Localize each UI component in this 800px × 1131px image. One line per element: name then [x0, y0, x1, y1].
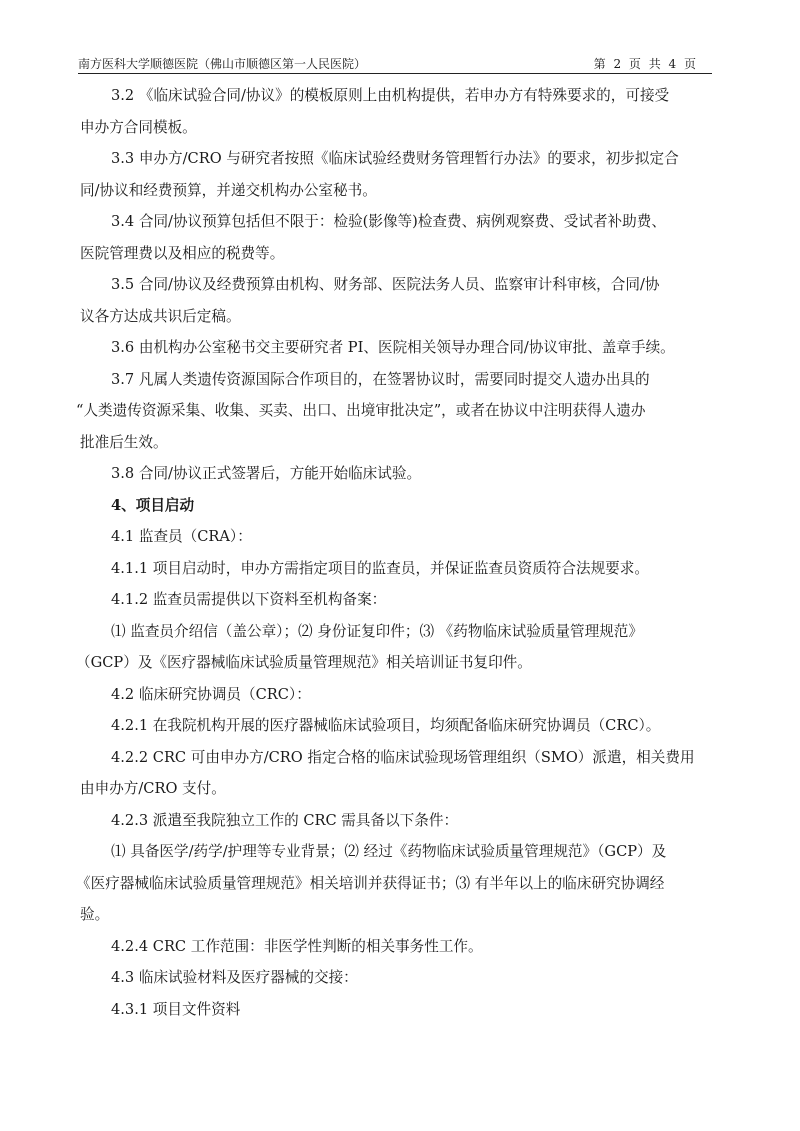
- paragraph-4-2-2: 4.2.2 CRC 可由申办方/CRO 指定合格的临床试验现场管理组织（SMO）…: [80, 742, 720, 805]
- paragraph-4-1-2-list: ⑴ 监查员介绍信（盖公章）；⑵ 身份证复印件；⑶ 《药物临床试验质量管理规范》 …: [80, 616, 720, 679]
- text-line: 3.2 《临床试验合同/协议》的模板原则上由机构提供，若申办方有特殊要求的，可接…: [80, 80, 720, 112]
- text-line: 3.5 合同/协议及经费预算由机构、财务部、医院法务人员、监察审计科审核，合同/…: [80, 269, 720, 301]
- text-line: 4.1.1 项目启动时，申办方需指定项目的监查员，并保证监查员资质符合法规要求。: [80, 553, 720, 585]
- text-line: 3.3 申办方/CRO 与研究者按照《临床试验经费财务管理暂行办法》的要求，初步…: [80, 143, 720, 175]
- paragraph-4-2: 4.2 临床研究协调员（CRC）：: [80, 679, 720, 711]
- paragraph-3-5: 3.5 合同/协议及经费预算由机构、财务部、医院法务人员、监察审计科审核，合同/…: [80, 269, 720, 332]
- paragraph-3-2: 3.2 《临床试验合同/协议》的模板原则上由机构提供，若申办方有特殊要求的，可接…: [80, 80, 720, 143]
- text-line: 医院管理费以及相应的税费等。: [80, 238, 720, 270]
- text-line: 《医疗器械临床试验质量管理规范》相关培训并获得证书；⑶ 有半年以上的临床研究协调…: [76, 868, 720, 900]
- paragraph-3-7: 3.7 凡属人类遗传资源国际合作项目的，在签署协议时，需要同时提交人遗办出具的 …: [80, 364, 720, 459]
- paragraph-4-2-3-list: ⑴ 具备医学/药学/护理等专业背景；⑵ 经过《药物临床试验质量管理规范》（GCP…: [80, 836, 720, 931]
- text-line: 4.3.1 项目文件资料: [80, 994, 720, 1026]
- text-line: 4.2 临床研究协调员（CRC）：: [80, 679, 720, 711]
- text-line: “人类遗传资源采集、收集、买卖、出口、出境审批决定”，或者在协议中注明获得人遗办: [76, 395, 720, 427]
- text-line: ⑴ 监查员介绍信（盖公章）；⑵ 身份证复印件；⑶ 《药物临床试验质量管理规范》: [80, 616, 720, 648]
- text-line: 议各方达成共识后定稿。: [80, 301, 720, 333]
- paragraph-4-3: 4.3 临床试验材料及医疗器械的交接：: [80, 962, 720, 994]
- text-line: 验。: [80, 899, 720, 931]
- page-header: 南方医科大学顺德医院（佛山市顺德区第一人民医院） 第 2 页 共 4 页: [78, 55, 712, 74]
- paragraph-4-1: 4.1 监查员（CRA）：: [80, 521, 720, 553]
- header-page-number: 第 2 页 共 4 页: [594, 56, 698, 72]
- text-line: 3.8 合同/协议正式签署后，方能开始临床试验。: [80, 458, 720, 490]
- paragraph-4-3-1: 4.3.1 项目文件资料: [80, 994, 720, 1026]
- header-organization: 南方医科大学顺德医院（佛山市顺德区第一人民医院）: [78, 56, 366, 72]
- paragraph-3-8: 3.8 合同/协议正式签署后，方能开始临床试验。: [80, 458, 720, 490]
- text-line: 4.2.2 CRC 可由申办方/CRO 指定合格的临床试验现场管理组织（SMO）…: [80, 742, 720, 774]
- text-line: 4.1 监查员（CRA）：: [80, 521, 720, 553]
- paragraph-4-1-2: 4.1.2 监查员需提供以下资料至机构备案：: [80, 584, 720, 616]
- text-line: 3.7 凡属人类遗传资源国际合作项目的，在签署协议时，需要同时提交人遗办出具的: [80, 364, 720, 396]
- section-heading: 4、项目启动: [80, 490, 720, 522]
- paragraph-4-2-1: 4.2.1 在我院机构开展的医疗器械临床试验项目，均须配备临床研究协调员（CRC…: [80, 710, 720, 742]
- text-line: 3.4 合同/协议预算包括但不限于：检验(影像等)检查费、病例观察费、受试者补助…: [80, 206, 720, 238]
- text-line: ⑴ 具备医学/药学/护理等专业背景；⑵ 经过《药物临床试验质量管理规范》（GCP…: [80, 836, 720, 868]
- paragraph-4-2-4: 4.2.4 CRC 工作范围：非医学性判断的相关事务性工作。: [80, 931, 720, 963]
- paragraph-3-6: 3.6 由机构办公室秘书交主要研究者 PI、医院相关领导办理合同/协议审批、盖章…: [80, 332, 720, 364]
- text-line: 申办方合同模板。: [80, 112, 720, 144]
- document-body: 3.2 《临床试验合同/协议》的模板原则上由机构提供，若申办方有特殊要求的，可接…: [80, 80, 720, 1025]
- paragraph-3-3: 3.3 申办方/CRO 与研究者按照《临床试验经费财务管理暂行办法》的要求，初步…: [80, 143, 720, 206]
- text-line: 4.2.1 在我院机构开展的医疗器械临床试验项目，均须配备临床研究协调员（CRC…: [80, 710, 720, 742]
- text-line: 4.2.3 派遣至我院独立工作的 CRC 需具备以下条件：: [80, 805, 720, 837]
- text-line: 4.1.2 监查员需提供以下资料至机构备案：: [80, 584, 720, 616]
- text-line: 4.3 临床试验材料及医疗器械的交接：: [80, 962, 720, 994]
- text-line: 批准后生效。: [80, 427, 720, 459]
- text-line: 由申办方/CRO 支付。: [80, 773, 720, 805]
- text-line: 3.6 由机构办公室秘书交主要研究者 PI、医院相关领导办理合同/协议审批、盖章…: [80, 332, 720, 364]
- paragraph-3-4: 3.4 合同/协议预算包括但不限于：检验(影像等)检查费、病例观察费、受试者补助…: [80, 206, 720, 269]
- text-line: 4.2.4 CRC 工作范围：非医学性判断的相关事务性工作。: [80, 931, 720, 963]
- section-heading-4: 4、项目启动: [80, 490, 720, 522]
- paragraph-4-1-1: 4.1.1 项目启动时，申办方需指定项目的监查员，并保证监查员资质符合法规要求。: [80, 553, 720, 585]
- text-line: （GCP）及《医疗器械临床试验质量管理规范》相关培训证书复印件。: [76, 647, 720, 679]
- text-line: 同/协议和经费预算，并递交机构办公室秘书。: [80, 175, 720, 207]
- paragraph-4-2-3: 4.2.3 派遣至我院独立工作的 CRC 需具备以下条件：: [80, 805, 720, 837]
